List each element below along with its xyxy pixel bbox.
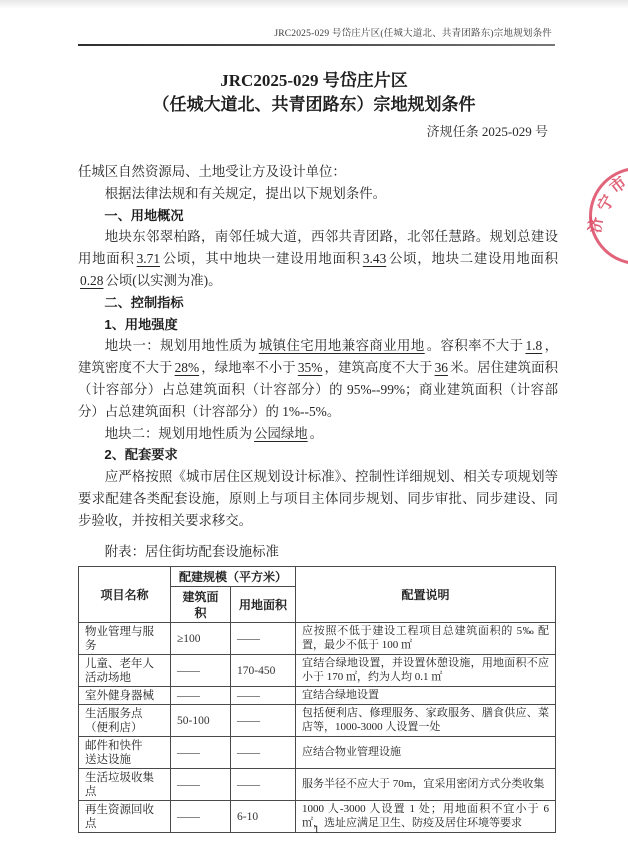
table-row: 生活垃圾收集点————服务半径不应大于 70m，宜采用密闭方式分类收集 [79, 769, 556, 801]
col-header-item: 项目名称 [79, 567, 171, 623]
table-row: 生活服务点 （便利店）50-100——包括便利店、修理服务、家政服务、膳食供应、… [79, 705, 556, 737]
header-rule [78, 44, 555, 46]
table-cell-desc: 服务半径不应大于 70m，宜采用密闭方式分类收集 [296, 769, 556, 801]
body-text: 任城区自然资源局、土地受让方及设计单位：根据法律法规和有关规定，提出以下规划条件… [78, 161, 558, 833]
table-cell-item: 室外健身器械 [79, 687, 171, 705]
underlined-value: 公园绿地 [252, 426, 310, 441]
facilities-table: 项目名称 配建规模（平方米） 配置说明 建筑面积 用地面积 物业管理与服务≥10… [78, 566, 556, 833]
table-cell-land: —— [231, 769, 296, 801]
table-row: 儿童、老年人 活动场地——170-450宜结合绿地设置，并设置休憩设施，用地面积… [79, 655, 556, 687]
table-cell-land: —— [231, 623, 296, 655]
table-cell-build: —— [171, 737, 231, 769]
section-heading: 二、控制指标 [78, 292, 558, 314]
table-cell-build: —— [171, 687, 231, 705]
table-cell-desc: 应按照不低于建设工程项目总建筑面积的 5‰ 配置，最少不低于 100 ㎡ [296, 623, 556, 655]
title-line-1: JRC2025-029 号岱庄片区 [74, 69, 554, 93]
col-header-desc: 配置说明 [296, 567, 556, 623]
text-segment: 应严格按照《城市居住区规划设计标准》、控制性详细规划、相关专项规划等要求配建各类… [78, 469, 558, 528]
table-row: 物业管理与服务≥100——应按照不低于建设工程项目总建筑面积的 5‰ 配置，最少… [79, 623, 556, 655]
text-segment: ，绿地率不小于 [201, 360, 296, 375]
underlined-value: 1.8 [523, 338, 544, 353]
col-header-build-area: 建筑面积 [171, 587, 231, 623]
text-segment: ，建筑高度不大于 [324, 360, 432, 375]
facilities-table-header: 项目名称 配建规模（平方米） 配置说明 建筑面积 用地面积 [79, 567, 556, 623]
table-cell-item: 儿童、老年人 活动场地 [79, 655, 171, 687]
col-header-scale-group: 配建规模（平方米） [171, 567, 296, 587]
table-cell-build: ≥100 [171, 623, 231, 655]
text-segment: 地块二：规划用地性质为 [105, 426, 252, 441]
underlined-value: 36 [433, 360, 450, 375]
underlined-value: 3.43 [361, 251, 388, 266]
table-cell-land: —— [231, 687, 296, 705]
text-segment: 2、配套要求 [104, 447, 177, 462]
table-cell-desc: 宜结合绿地设置，并设置休憩设施，用地面积不应小于 170 ㎡，约为人均 0.1 … [296, 655, 556, 687]
underlined-value: 城镇住宅用地兼容商业用地 [257, 338, 427, 353]
stamp-character: 济 [588, 216, 606, 234]
underlined-value: 28% [173, 360, 202, 375]
paragraph: 附表：居住街坊配套设施标准 [78, 541, 558, 563]
page-number: 1 [78, 822, 555, 837]
paragraph: 任城区自然资源局、土地受让方及设计单位： [78, 161, 558, 183]
table-cell-build: —— [171, 655, 231, 687]
text-segment: 1、用地强度 [104, 317, 177, 332]
table-cell-item: 生活垃圾收集点 [79, 769, 171, 801]
facilities-table-body: 物业管理与服务≥100——应按照不低于建设工程项目总建筑面积的 5‰ 配置，最少… [79, 623, 556, 833]
text-segment: 公顷，地块二建设用地面积 [388, 251, 558, 266]
text-segment: 。容积率不大于 [427, 338, 524, 353]
table-cell-land: 170-450 [231, 655, 296, 687]
text-segment: 。 [310, 426, 323, 441]
text-segment: 公顷(以实测为准)。 [105, 273, 221, 288]
text-segment: 公顷，其中地块一建设用地面积 [162, 251, 361, 266]
underlined-value: 0.28 [78, 273, 105, 288]
paragraph: 根据法律法规和有关规定，提出以下规划条件。 [78, 183, 558, 205]
table-cell-land: —— [231, 705, 296, 737]
paragraph: 地块东邻翠柏路，南邻任城大道，西邻共青团路，北邻任慧路。规划总建设用地面积3.7… [78, 226, 558, 291]
text-segment: 附表：居住街坊配套设施标准 [105, 544, 279, 559]
paragraph: 地块一：规划用地性质为城镇住宅用地兼容商业用地。容积率不大于1.8，建筑密度不大… [78, 335, 558, 422]
table-cell-item: 邮件和快件 送达设施 [79, 737, 171, 769]
table-cell-desc: 包括便利店、修理服务、家政服务、膳食供应、菜店等，1000-3000 人设置一处 [296, 705, 556, 737]
document-page: JRC2025-029 号岱庄片区(任城大道北、共青团路东)宗地规划条件 JRC… [0, 0, 628, 848]
paragraph: 地块二：规划用地性质为公园绿地。 [78, 423, 558, 445]
table-cell-desc: 宜结合绿地设置 [296, 687, 556, 705]
text-segment: 二、控制指标 [104, 295, 183, 310]
underlined-value: 3.71 [135, 251, 162, 266]
running-header: JRC2025-029 号岱庄片区(任城大道北、共青团路东)宗地规划条件 [274, 25, 552, 39]
table-cell-build: 50-100 [171, 705, 231, 737]
text-segment: 一、用地概况 [104, 208, 183, 223]
paragraph: 应严格按照《城市居住区规划设计标准》、控制性详细规划、相关专项规划等要求配建各类… [78, 466, 558, 531]
table-cell-item: 生活服务点 （便利店） [79, 705, 171, 737]
document-number: 济规任条 2025-029 号 [427, 121, 548, 140]
text-segment: 根据法律法规和有关规定，提出以下规划条件。 [105, 186, 386, 201]
section-heading: 2、配套要求 [78, 444, 558, 466]
title-line-2: （任城大道北、共青团路东）宗地规划条件 [74, 93, 554, 117]
table-cell-item: 物业管理与服务 [79, 623, 171, 655]
col-header-land-area: 用地面积 [231, 587, 296, 623]
section-heading: 1、用地强度 [78, 314, 558, 336]
section-heading: 一、用地概况 [78, 205, 558, 227]
text-segment: 任城区自然资源局、土地受让方及设计单位： [78, 164, 346, 179]
underlined-value: 35% [296, 360, 325, 375]
table-cell-desc: 应结合物业管理设施 [296, 737, 556, 769]
table-cell-land: —— [231, 737, 296, 769]
table-row: 邮件和快件 送达设施————应结合物业管理设施 [79, 737, 556, 769]
document-title: JRC2025-029 号岱庄片区 （任城大道北、共青团路东）宗地规划条件 [74, 69, 554, 116]
table-cell-build: —— [171, 769, 231, 801]
table-row: 室外健身器械————宜结合绿地设置 [79, 687, 556, 705]
text-segment: 地块一：规划用地性质为 [105, 338, 257, 353]
